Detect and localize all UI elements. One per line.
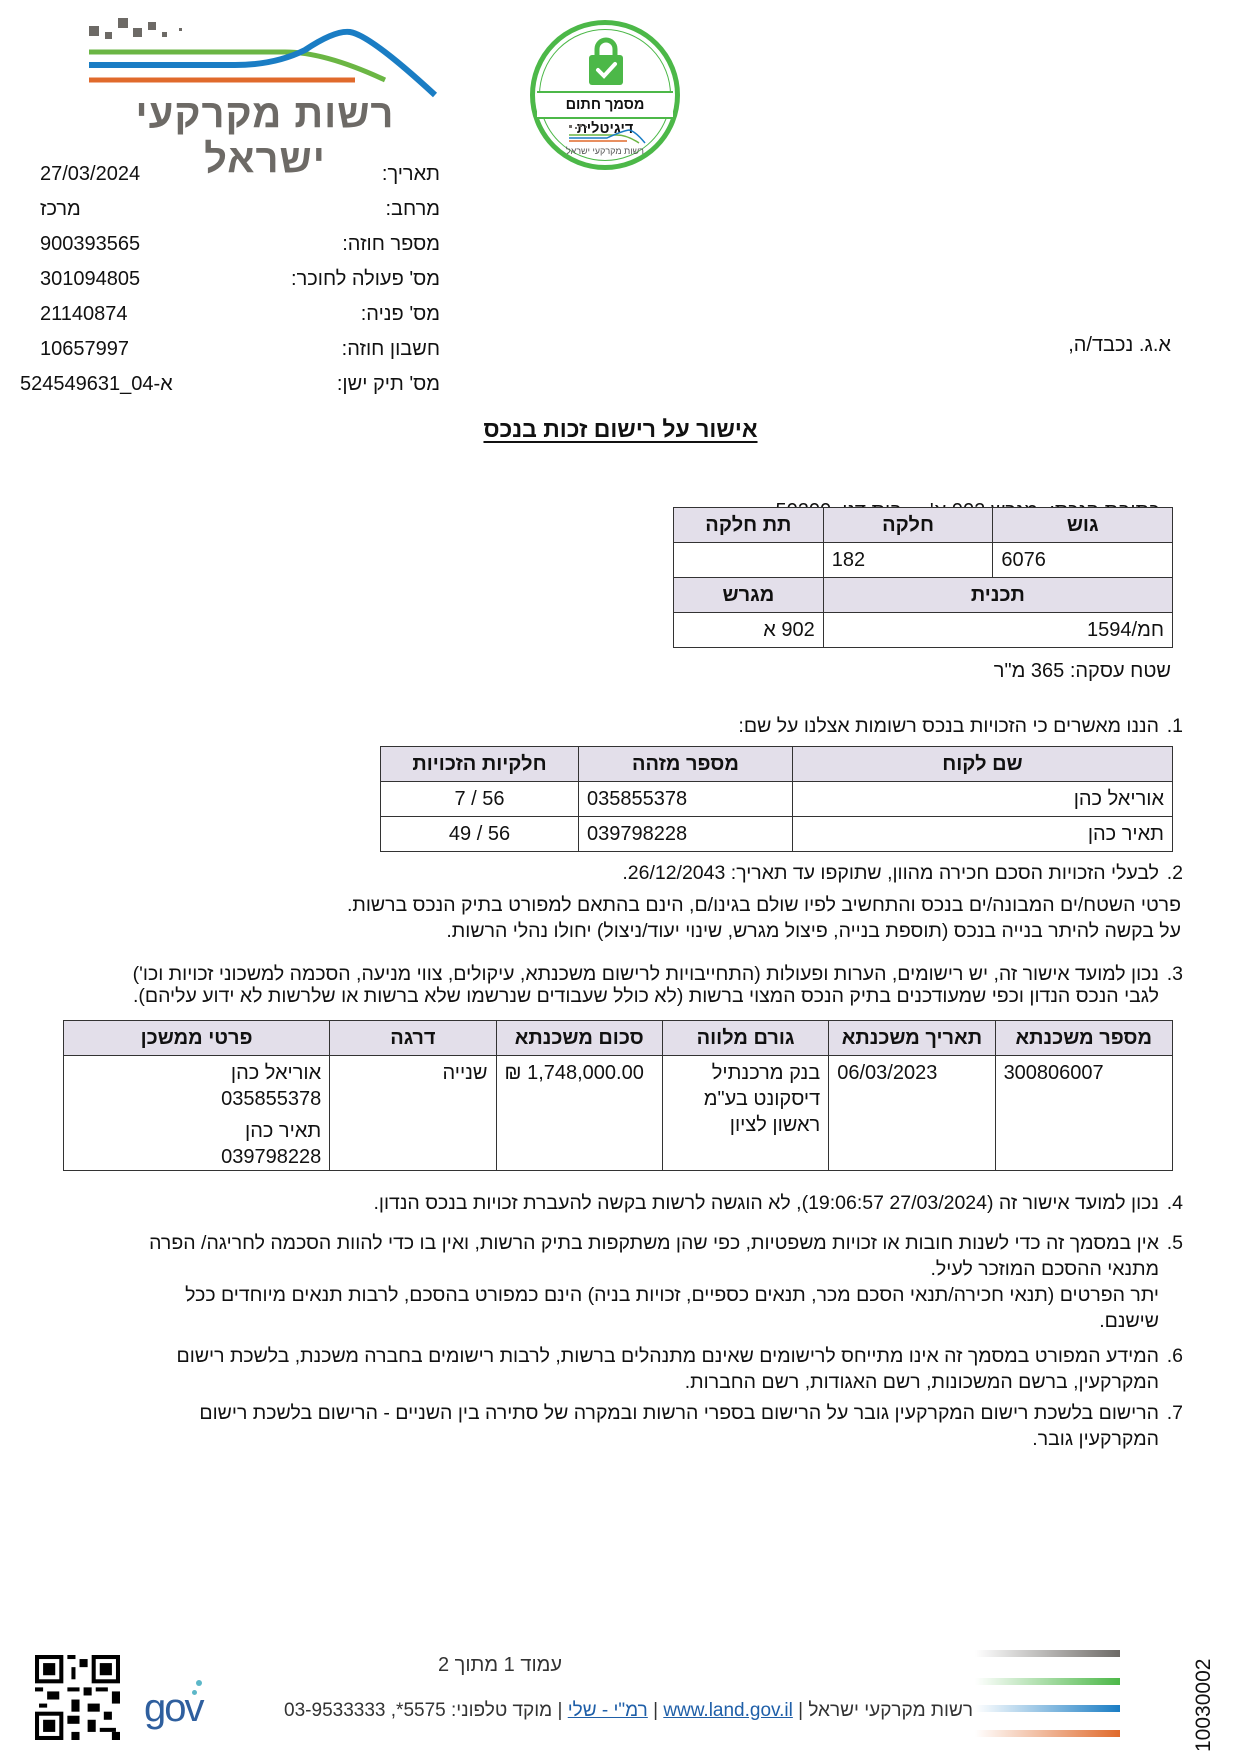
section-text: המקרקעין, ברשם המשכונות, רשם האגודות, רש… <box>41 1369 1159 1395</box>
header-id-number: מספר מזהה <box>579 747 793 782</box>
phone-number: 5575*, 03-9533333 <box>284 1700 446 1721</box>
section-text: הננו מאשרים כי הזכויות בנכס רשומות אצלנו… <box>61 713 1159 739</box>
cell-mortgage-number: 300806007 <box>995 1056 1172 1171</box>
section-6: 6. המידע המפורט במסמך זה אינו מתייחס לרי… <box>41 1343 1181 1395</box>
meta-value: 301094805 <box>40 268 232 291</box>
section-text: מתנאי ההסכם המוזכר לעיל. <box>41 1256 1159 1282</box>
header-parcel: חלקה <box>823 508 993 543</box>
meta-label: מרחב: <box>385 198 440 221</box>
meta-label: מס' תיק ישן: <box>337 373 440 396</box>
meta-label: מספר חוזה: <box>342 233 440 256</box>
stamp-org-name: רשות מקרקעי ישראל <box>535 146 675 156</box>
section-number: 1. <box>1167 713 1183 739</box>
cell-mortgagors: אוריאל כהן 035855378 תאיר כהן 039798228 <box>64 1056 330 1171</box>
header-mortgage-amount: סכום משכנתא <box>496 1021 662 1056</box>
section-number: 5. <box>1167 1230 1183 1256</box>
cell-name: אוריאל כהן <box>792 782 1172 817</box>
cell-mortgage-amount: ₪ 1,748,000.00 <box>496 1056 662 1171</box>
meta-label: תאריך: <box>382 163 440 186</box>
lock-check-icon <box>589 35 623 87</box>
phone-label: מוקד טלפוני: <box>451 1700 552 1721</box>
section-2: 2. לבעלי הזכויות הסכם חכירה מהוון, שתוקפ… <box>61 860 1181 944</box>
section-number: 6. <box>1167 1343 1183 1369</box>
header-block: גוש <box>993 508 1173 543</box>
section-text: המידע המפורט במסמך זה אינו מתייחס לרישומ… <box>41 1343 1159 1369</box>
footer-contact: רשות מקרקעי ישראל | www.land.gov.il | רמ… <box>284 1700 973 1722</box>
footer-org: רשות מקרקעי ישראל <box>808 1700 973 1721</box>
value-sub-parcel <box>674 543 824 578</box>
meta-value: מרכז <box>40 198 232 221</box>
meta-old-file-number: מס' תיק ישן: 52454963א-04_1 <box>40 373 440 403</box>
rmi-logo: רשות מקרקעי ישראל <box>85 10 445 140</box>
header-rights-share: חלקיות הזכויות <box>381 747 579 782</box>
cell-share: 7 / 56 <box>381 782 579 817</box>
meta-value: 10657997 <box>40 338 232 361</box>
header-lender: גורם מלווה <box>662 1021 828 1056</box>
area-value: 365 מ"ר <box>994 660 1064 682</box>
table-row: 300806007 06/03/2023 בנק מרכנתיל דיסקונט… <box>64 1056 1173 1171</box>
section-text: יתר הפרטים (תנאי חכירה/תנאי הסכם מכר, תנ… <box>41 1282 1159 1308</box>
meta-action-number: מס' פעולה לחוכר: 301094805 <box>40 268 440 298</box>
cell-id: 035855378 <box>579 782 793 817</box>
header-rank: דרגה <box>330 1021 496 1056</box>
meta-label: מס' פניה: <box>361 303 440 326</box>
footer-color-bars <box>975 1650 1120 1740</box>
header-plan: תכנית <box>823 578 1172 613</box>
transaction-area: שטח עסקה: 365 מ"ר <box>994 660 1171 683</box>
table-row: אוריאל כהן 035855378 7 / 56 <box>381 782 1173 817</box>
section-text: על בקשה להיתר בנייה בנכס (תוספת בנייה, פ… <box>61 918 1181 944</box>
digital-signature-stamp: מסמך חתום דיגיטלית רשות מקרקעי ישראל <box>530 20 680 170</box>
section-text: לבעלי הזכויות הסכם חכירה מהוון, שתוקפו ע… <box>61 860 1159 886</box>
cell-mortgage-date: 06/03/2023 <box>829 1056 995 1171</box>
value-plot: 902 א <box>674 613 824 648</box>
section-7: 7. הרישום בלשכת רישום המקרקעין גובר על ה… <box>41 1400 1181 1452</box>
page-number: עמוד 1 מתוך 2 <box>0 1654 1000 1677</box>
header-plot: מגרש <box>674 578 824 613</box>
meta-value: 900393565 <box>40 233 232 256</box>
section-text: המקרקעין גובר. <box>41 1426 1159 1452</box>
header-mortgage-date: תאריך משכנתא <box>829 1021 995 1056</box>
cell-rank: שנייה <box>330 1056 496 1171</box>
qr-code-icon <box>35 1655 120 1740</box>
mortgages-table: מספר משכנתא תאריך משכנתא גורם מלווה סכום… <box>63 1020 1173 1171</box>
value-parcel: 182 <box>823 543 993 578</box>
document-title: אישור על רישום זכות בנכס <box>0 416 1241 443</box>
website-link[interactable]: www.land.gov.il <box>663 1700 793 1721</box>
section-4: 4. נכון למועד אישור זה (27/03/2024 19:06… <box>61 1190 1181 1216</box>
meta-value: 52454963א-04_1 <box>20 373 232 396</box>
meta-contract-number: מספר חוזה: 900393565 <box>40 233 440 263</box>
stamp-mini-logo <box>567 123 647 145</box>
section-text: לגבי הנכס הנדון וכפי שמעודכנים בתיק הנכס… <box>41 983 1159 1009</box>
portal-link[interactable]: רמ"י - שלי <box>568 1700 648 1721</box>
property-table: גוש חלקה תת חלקה 6076 182 תכנית מגרש חמ/… <box>673 507 1173 648</box>
stamp-text: מסמך חתום דיגיטלית <box>537 91 673 119</box>
cell-name: תאיר כהן <box>792 817 1172 852</box>
section-text: פרטי השטח/ים המבונה/ים בנכס והתחשיב לפיו… <box>61 892 1181 918</box>
header-sub-parcel: תת חלקה <box>674 508 824 543</box>
header-customer-name: שם לקוח <box>792 747 1172 782</box>
table-row: תאיר כהן 039798228 49 / 56 <box>381 817 1173 852</box>
section-text: הרישום בלשכת רישום המקרקעין גובר על הריש… <box>41 1400 1159 1426</box>
meta-contract-account: חשבון חוזה: 10657997 <box>40 338 440 368</box>
meta-request-number: מס' פניה: 21140874 <box>40 303 440 333</box>
meta-value: 27/03/2024 <box>40 163 232 186</box>
section-text: שישנם. <box>41 1308 1159 1334</box>
meta-value: 21140874 <box>40 303 232 326</box>
meta-date: תאריך: 27/03/2024 <box>40 163 440 193</box>
section-3: 3. נכון למועד אישור זה, יש רישומים, הערו… <box>41 961 1181 1009</box>
meta-label: מס' פעולה לחוכר: <box>291 268 440 291</box>
area-label: שטח עסקה: <box>1070 660 1171 682</box>
value-block: 6076 <box>993 543 1173 578</box>
section-5: 5. אין במסמך זה כדי לשנות חובות או זכויו… <box>41 1230 1181 1334</box>
meta-region: מרחב: מרכז <box>40 198 440 228</box>
section-number: 7. <box>1167 1400 1183 1426</box>
section-number: 2. <box>1167 860 1183 886</box>
gov-logo: gov <box>140 1680 210 1740</box>
greeting: א.ג. נכבד/ה, <box>1068 334 1171 357</box>
cell-share: 49 / 56 <box>381 817 579 852</box>
header-mortgage-number: מספר משכנתא <box>995 1021 1172 1056</box>
section-text: אין במסמך זה כדי לשנות חובות או זכויות מ… <box>41 1230 1159 1256</box>
document-code: 10030002 <box>1192 1659 1216 1752</box>
rmi-logo-graphic <box>85 10 445 100</box>
section-text: נכון למועד אישור זה (27/03/2024 19:06:57… <box>61 1190 1159 1216</box>
section-number: 3. <box>1167 961 1183 987</box>
meta-label: חשבון חוזה: <box>342 338 440 361</box>
section-1: 1. הננו מאשרים כי הזכויות בנכס רשומות אצ… <box>61 713 1181 739</box>
header-mortgagor-details: פרטי ממשכן <box>64 1021 330 1056</box>
cell-id: 039798228 <box>579 817 793 852</box>
section-number: 4. <box>1167 1190 1183 1216</box>
cell-lender: בנק מרכנתיל דיסקונט בע"מ ראשון לציון <box>662 1056 828 1171</box>
rights-holders-table: שם לקוח מספר מזהה חלקיות הזכויות אוריאל … <box>380 746 1173 852</box>
value-plan: חמ/1594 <box>823 613 1172 648</box>
